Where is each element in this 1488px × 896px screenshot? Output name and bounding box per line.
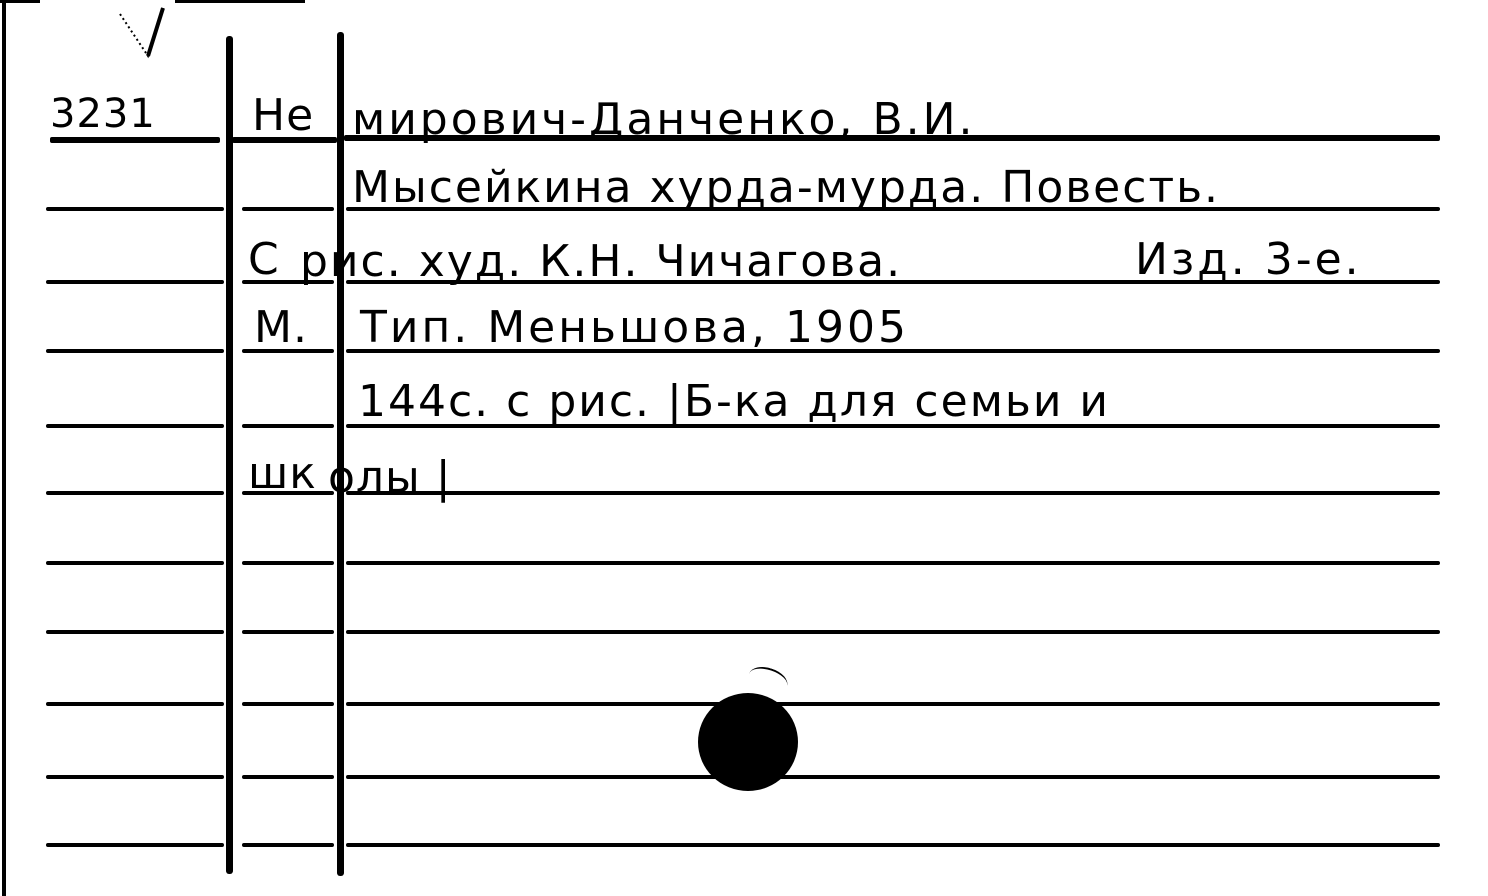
ruled-line (46, 280, 224, 284)
ruled-line (242, 561, 334, 565)
ruled-line (46, 630, 224, 634)
extent-series: 144с. с рис. |Б-ка для семьи и (358, 380, 1110, 424)
ruled-line (242, 843, 334, 847)
card-top-edge (0, 0, 40, 3)
ruled-line (242, 702, 334, 706)
card-left-edge (2, 0, 6, 896)
ruled-line (46, 349, 224, 353)
ruled-line (242, 775, 334, 779)
ruled-line (46, 843, 224, 847)
ruled-line (346, 561, 1440, 565)
illustrator-prefix: С (248, 238, 280, 282)
ruled-line (346, 775, 1440, 779)
ruled-line (346, 491, 1440, 495)
author-prefix: Не (252, 94, 314, 138)
title-line: Мысейкина хурда-мурда. Повесть. (352, 166, 1220, 210)
publisher-year: Тип. Меньшова, 1905 (360, 306, 909, 350)
ruled-line (242, 424, 334, 428)
edition: Изд. 3-е. (1135, 238, 1362, 282)
check-icon (118, 6, 178, 66)
punch-hole (698, 693, 798, 791)
ruled-line (46, 491, 224, 495)
author-name: мирович-Данченко, В.И. (352, 98, 976, 142)
catalog-card: 3231 Не мирович-Данченко, В.И. Мысейкина… (0, 0, 1488, 896)
ruled-line (242, 207, 334, 211)
series-cont-prefix: шк (248, 452, 317, 496)
ruled-line (346, 630, 1440, 634)
ruled-line (46, 424, 224, 428)
ruled-line (46, 775, 224, 779)
ruled-line (242, 630, 334, 634)
series-continuation: олы | (328, 456, 452, 500)
call-number: 3231 (50, 94, 156, 134)
illustrator-line: рис. худ. К.Н. Чичагова. (300, 240, 902, 284)
place-of-publication: М. (254, 306, 308, 350)
ruled-line (346, 843, 1440, 847)
ruled-line (46, 561, 224, 565)
vertical-rule-left (226, 36, 233, 874)
ruled-line (50, 137, 220, 143)
card-top-edge (265, 0, 305, 3)
ruled-line (46, 207, 224, 211)
ruled-line (46, 702, 224, 706)
ruled-line (346, 702, 1440, 706)
